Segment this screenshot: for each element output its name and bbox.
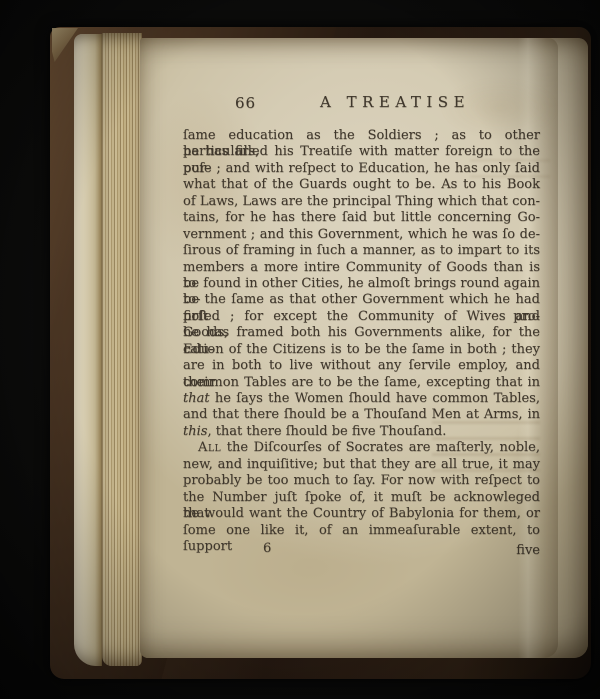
text-run: and that there ſhould be a Thouſand Men … — [183, 407, 540, 422]
text-run: vernment ; and this Government, which he… — [183, 227, 540, 242]
text-run: common Tables are to be the ſame, except… — [183, 375, 540, 390]
text-line: ſome one like it, of an immeaſurable ext… — [183, 523, 540, 539]
text-run: cation of the Citizens is to be the ſame… — [183, 342, 540, 357]
fanned-page-edges — [102, 33, 142, 666]
text-line: poſed ; for except the Community of Wive… — [183, 309, 540, 325]
text-run: he would want the Country of Babylonia f… — [183, 506, 540, 521]
text-line: what that of the Guards ought to be. As … — [183, 177, 540, 193]
text-line: ſame education as the Soldiers ; as to o… — [183, 128, 540, 144]
text-run: what that of the Guards ought to be. As … — [183, 177, 540, 192]
text-line: he has framed both his Governments alike… — [183, 325, 540, 341]
text-line: he has filled his Treatiſe with matter f… — [183, 144, 540, 160]
text-line: are in both to live without any ſervile … — [183, 358, 540, 374]
text-line: tains, for he has there ſaid but little … — [183, 210, 540, 226]
text-line: of Laws, Laws are the principal Thing wh… — [183, 194, 540, 210]
text-run: tains, for he has there ſaid but little … — [183, 210, 540, 225]
text-line: the Number juſt ſpoke of, it muſt be ack… — [183, 490, 540, 506]
text-run: ſirous of framing in ſuch a manner, as t… — [183, 243, 540, 258]
text-line: cation of the Citizens is to be the ſame… — [183, 342, 540, 358]
text-line: that he ſays the Women ſhould have commo… — [183, 391, 540, 407]
page-fore-edge — [74, 34, 102, 666]
text-run: he ſays the Women ſhould have common Tab… — [210, 391, 540, 406]
text-run: the Diſcourſes of Socrates are maſterly,… — [221, 440, 540, 455]
running-title: A TREATISE — [320, 93, 470, 111]
text-run: , that there ſhould be five Thouſand. — [207, 424, 446, 439]
smallcaps-run: All — [198, 440, 221, 455]
text-run: new, and inquiſitive; but that they are … — [183, 457, 540, 472]
text-line: be the ſame as that other Government whi… — [183, 292, 540, 308]
text-line: this, that there ſhould be five Thouſand… — [183, 424, 540, 440]
text-line: he would want the Country of Babylonia f… — [183, 506, 540, 522]
text-line: poſe ; and with reſpect to Education, he… — [183, 161, 540, 177]
italic-run: that — [183, 391, 210, 406]
book-photo: 66 A TREATISE ſame education as the Sold… — [0, 0, 600, 699]
text-line: new, and inquiſitive; but that they are … — [183, 457, 540, 473]
text-line: be found in other Cities, he almoſt brin… — [183, 276, 540, 292]
page-body: ſame education as the Soldiers ; as to o… — [183, 128, 540, 539]
text-line: vernment ; and this Government, which he… — [183, 227, 540, 243]
text-line: probably be too much to ſay. For now wit… — [183, 473, 540, 489]
text-line: members a more intire Community of Goods… — [183, 260, 540, 276]
text-line: All the Diſcourſes of Socrates are maſte… — [183, 440, 540, 456]
text-line: common Tables are to be the ſame, except… — [183, 375, 540, 391]
catchword: five — [516, 543, 540, 558]
page-footer: 6 five — [183, 541, 540, 558]
signature-mark: 6 — [263, 541, 271, 556]
text-line: and that there ſhould be a Thouſand Men … — [183, 407, 540, 423]
text-line: ſirous of framing in ſuch a manner, as t… — [183, 243, 540, 259]
page-number: 66 — [235, 94, 256, 112]
book-page: 66 A TREATISE ſame education as the Sold… — [140, 38, 588, 658]
text-run: probably be too much to ſay. For now wit… — [183, 473, 540, 488]
text-run: of Laws, Laws are the principal Thing wh… — [183, 194, 540, 209]
text-run: poſe ; and with reſpect to Education, he… — [183, 161, 540, 176]
italic-run: this — [183, 424, 207, 439]
